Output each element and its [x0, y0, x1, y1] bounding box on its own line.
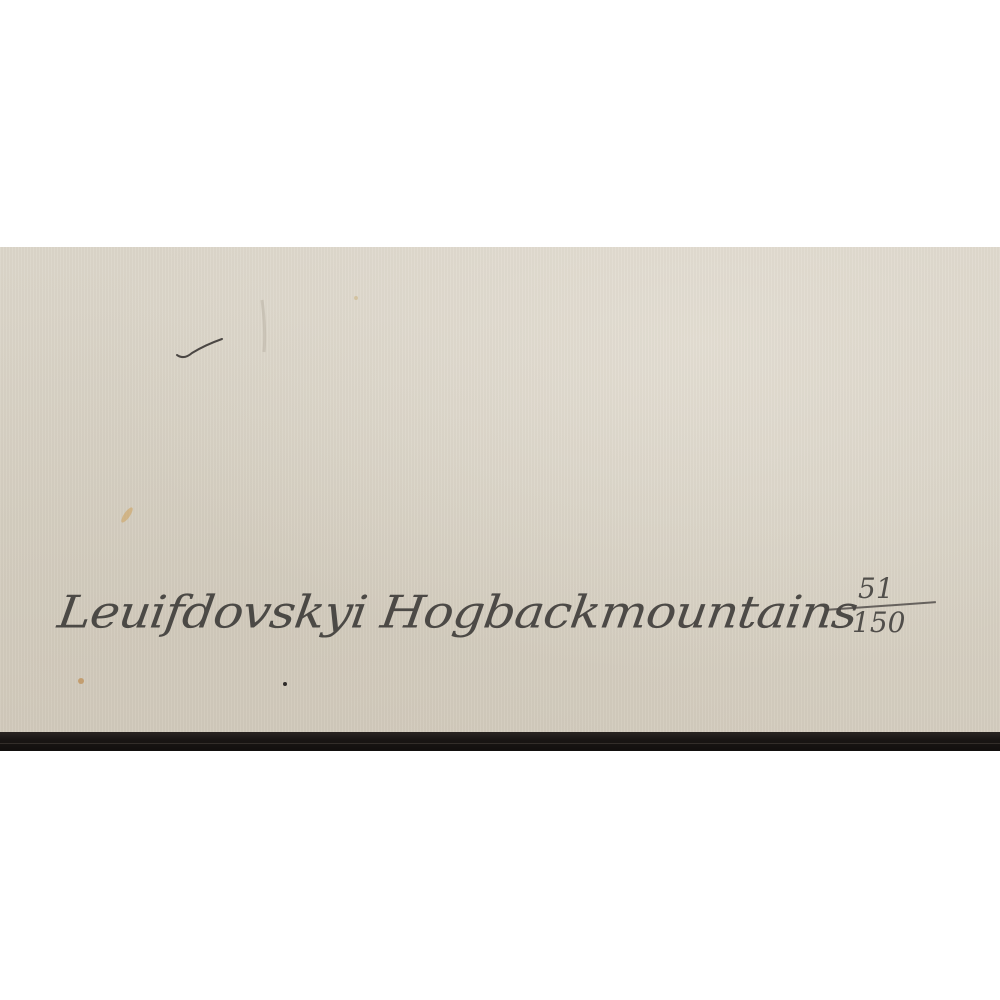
frame-edge	[0, 732, 1000, 751]
edition-numerator: 51	[858, 572, 894, 605]
edition-number: 51 150	[850, 572, 950, 642]
edition-denominator: 150	[852, 606, 905, 639]
pencil-signature-title: Leuifdovskyi Hogbackmountains	[55, 586, 861, 638]
print-paper-margin	[0, 247, 1000, 733]
